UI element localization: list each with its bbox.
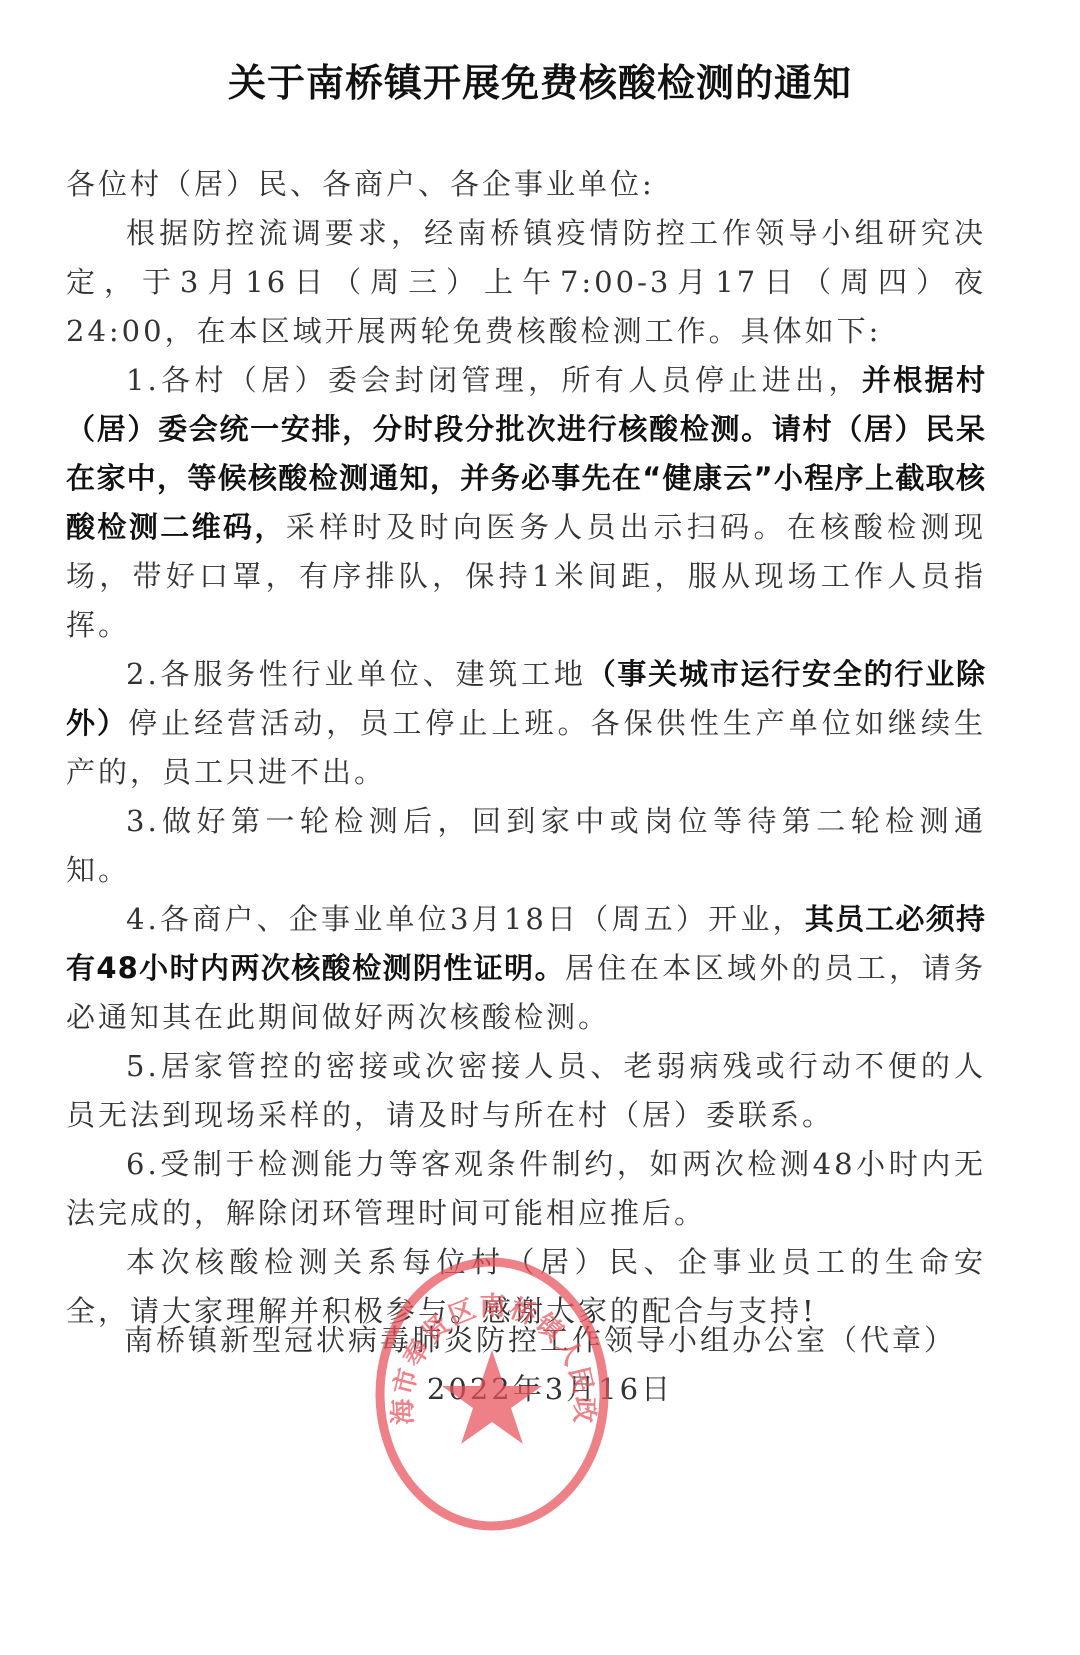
document-title: 关于南桥镇开展免费核酸检测的通知 bbox=[0, 52, 1080, 107]
item-5: 5.居家管控的密接或次密接人员、老弱病残或行动不便的人员无法到现场采样的，请及时… bbox=[66, 1042, 986, 1140]
item-6: 6.受制于检测能力等客观条件制约，如两次检测48小时内无法完成的，解除闭环管理时… bbox=[66, 1140, 986, 1238]
item-4: 4.各商户、企事业单位3月18日（周五）开业，其员工必须持有48小时内两次核酸检… bbox=[66, 895, 986, 1042]
salutation: 各位村（居）民、各商户、各企事业单位: bbox=[66, 160, 986, 209]
document-body: 各位村（居）民、各商户、各企事业单位: 根据防控流调要求，经南桥镇疫情防控工作领… bbox=[66, 160, 986, 1336]
intro-paragraph: 根据防控流调要求，经南桥镇疫情防控工作领导小组研究决定，于3月16日（周三）上午… bbox=[66, 209, 986, 356]
official-seal-icon: 上海市奉贤区南桥镇人民政府 bbox=[370, 1252, 615, 1537]
item-3: 3.做好第一轮检测后，回到家中或岗位等待第二轮检测通知。 bbox=[66, 797, 986, 895]
item-1: 1.各村（居）委会封闭管理，所有人员停止进出，并根据村（居）委会统一安排，分时段… bbox=[66, 356, 986, 650]
item-2: 2.各服务性行业单位、建筑工地（事关城市运行安全的行业除外）停止经营活动，员工停… bbox=[66, 650, 986, 797]
seal-star-icon bbox=[442, 1350, 542, 1444]
